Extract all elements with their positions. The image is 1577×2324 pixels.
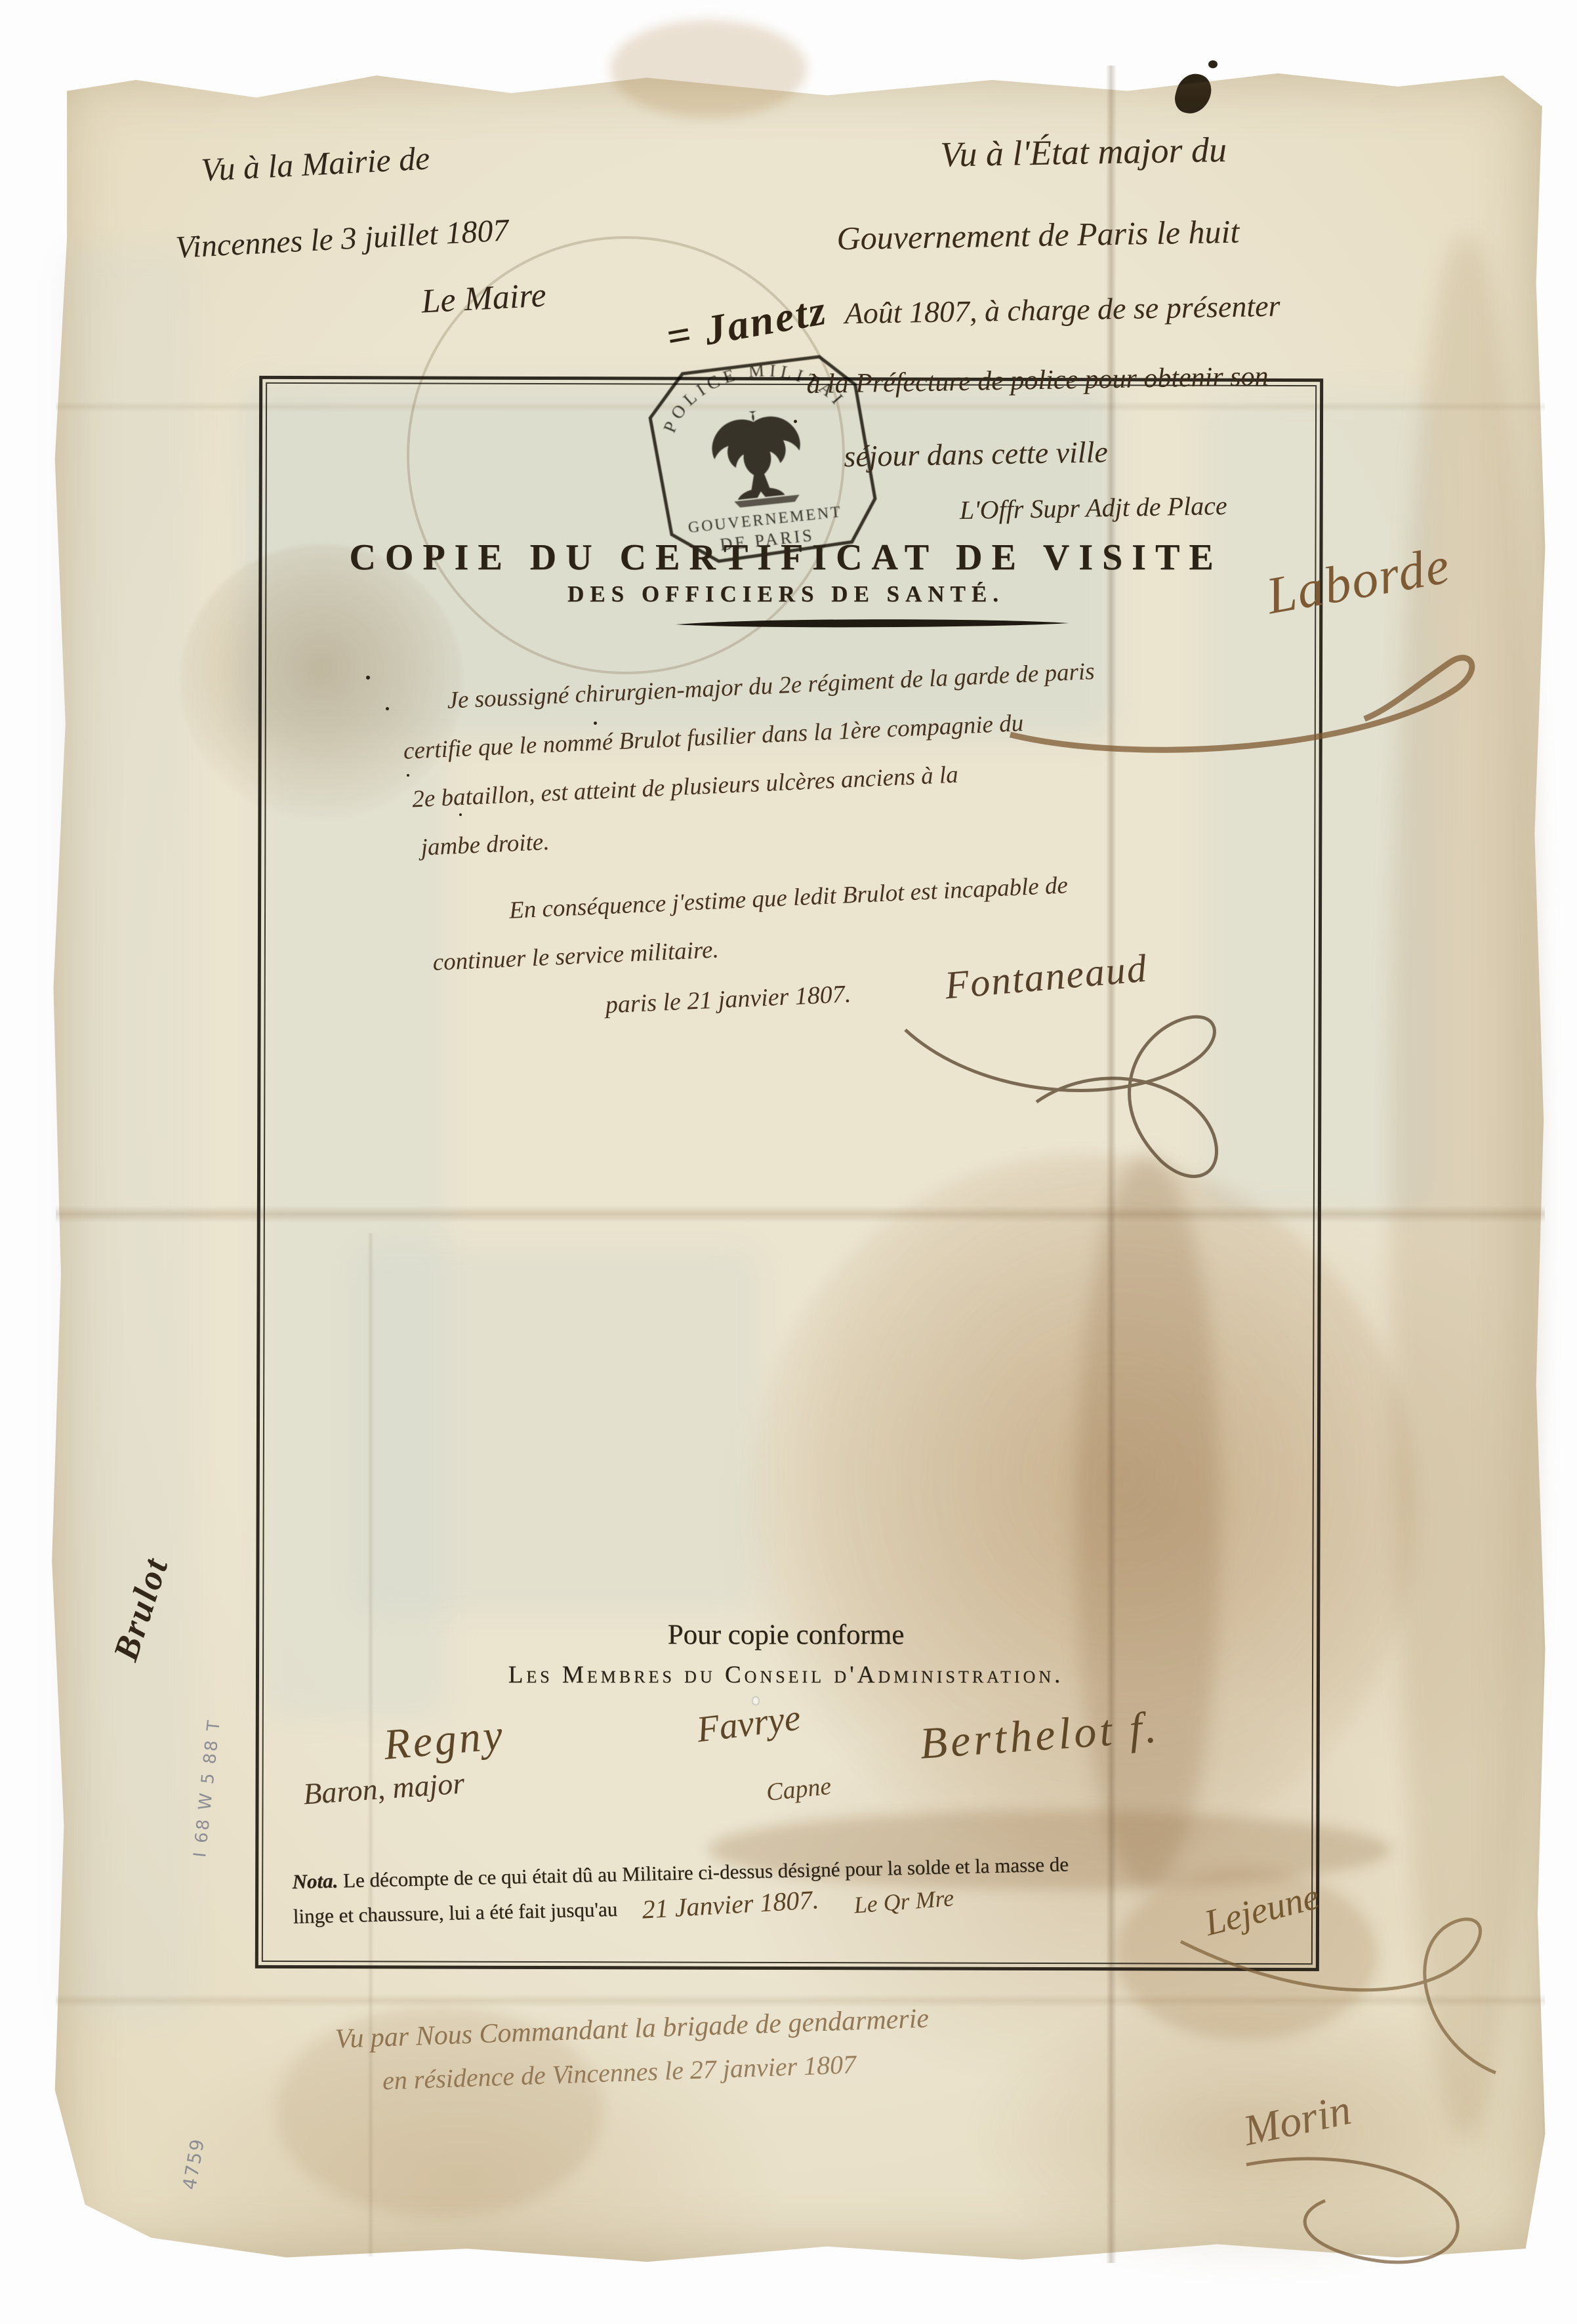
document-photo: POLICE MILITAIRE GOUVERNEMENT DE PARIS V…	[0, 0, 1577, 2324]
paper-edge-vignette	[46, 62, 1548, 2266]
ink-speck	[1208, 60, 1218, 68]
